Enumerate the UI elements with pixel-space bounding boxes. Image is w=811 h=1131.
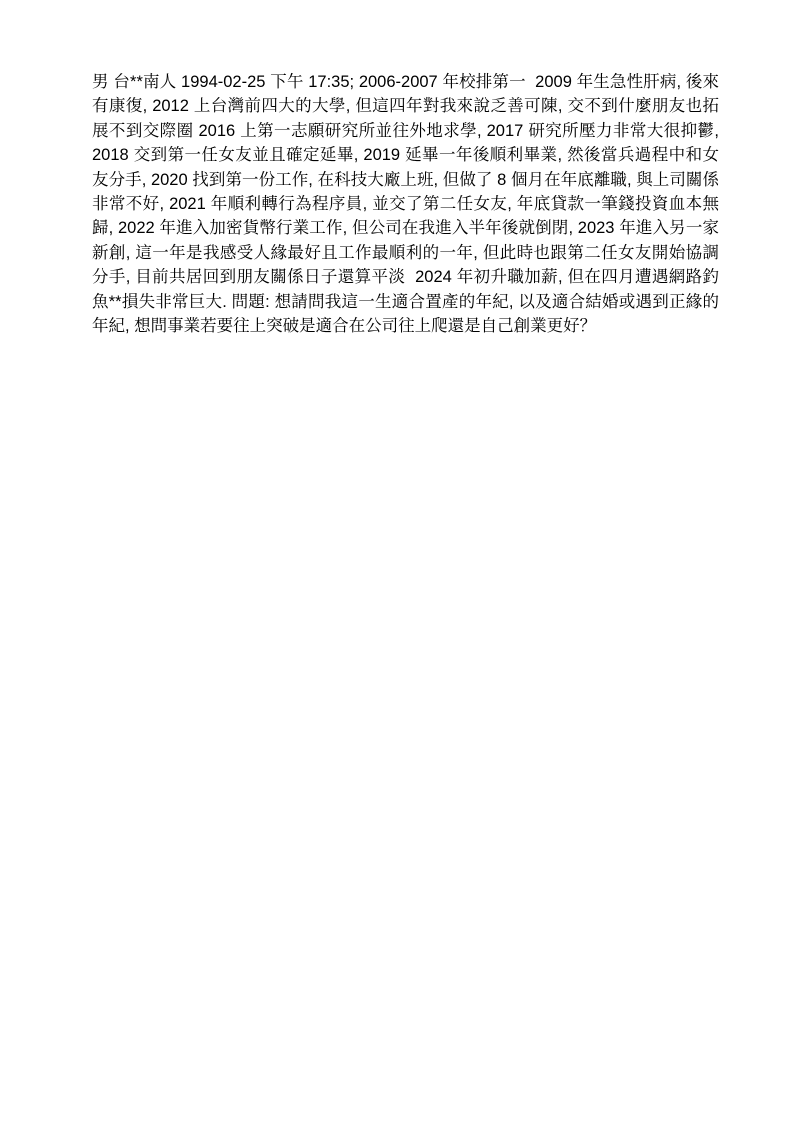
document-page: 男 台**南人 1994-02-25 下午 17:35; 2006-2007 年…	[0, 0, 811, 1131]
document-paragraph: 男 台**南人 1994-02-25 下午 17:35; 2006-2007 年…	[92, 70, 719, 338]
